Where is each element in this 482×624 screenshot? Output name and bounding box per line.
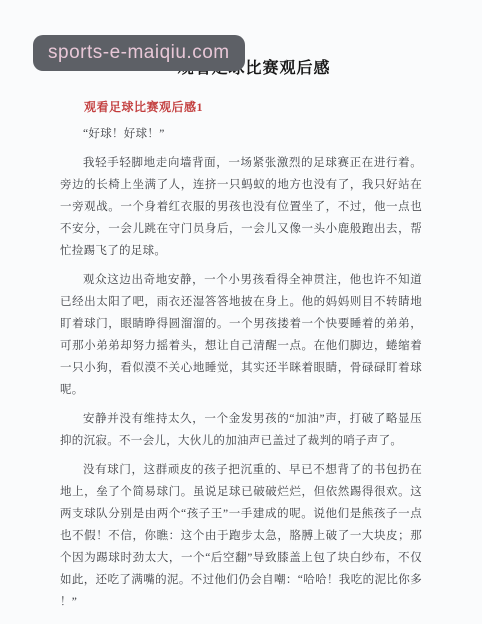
article-content: 观看足球比赛观后感1 “好球！好球！” 我轻手轻脚地走向墙背面，一场紧张激烈的足… — [60, 98, 422, 613]
paragraph: 我轻手轻脚地走向墙背面，一场紧张激烈的足球赛正在进行着。旁边的长椅上坐满了人，连… — [60, 152, 422, 262]
paragraph: “好球！好球！” — [60, 123, 422, 145]
paragraph: 没有球门，这群顽皮的孩子把沉重的、早已不想背了的书包扔在地上，垒了个简易球门。虽… — [60, 459, 422, 613]
section-heading: 观看足球比赛观后感1 — [60, 98, 422, 116]
paragraph: 观众这边出奇地安静，一个小男孩看得全神贯注，他也许不知道已经出太阳了吧，雨衣还湿… — [60, 269, 422, 401]
document-page: sports-e-maiqiu.com 观看足球比赛观后感 观看足球比赛观后感1… — [0, 0, 482, 624]
paragraph: 安静并没有维持太久，一个金发男孩的“加油”声，打破了略显压抑的沉寂。不一会儿，大… — [60, 408, 422, 452]
watermark-badge: sports-e-maiqiu.com — [33, 35, 245, 71]
